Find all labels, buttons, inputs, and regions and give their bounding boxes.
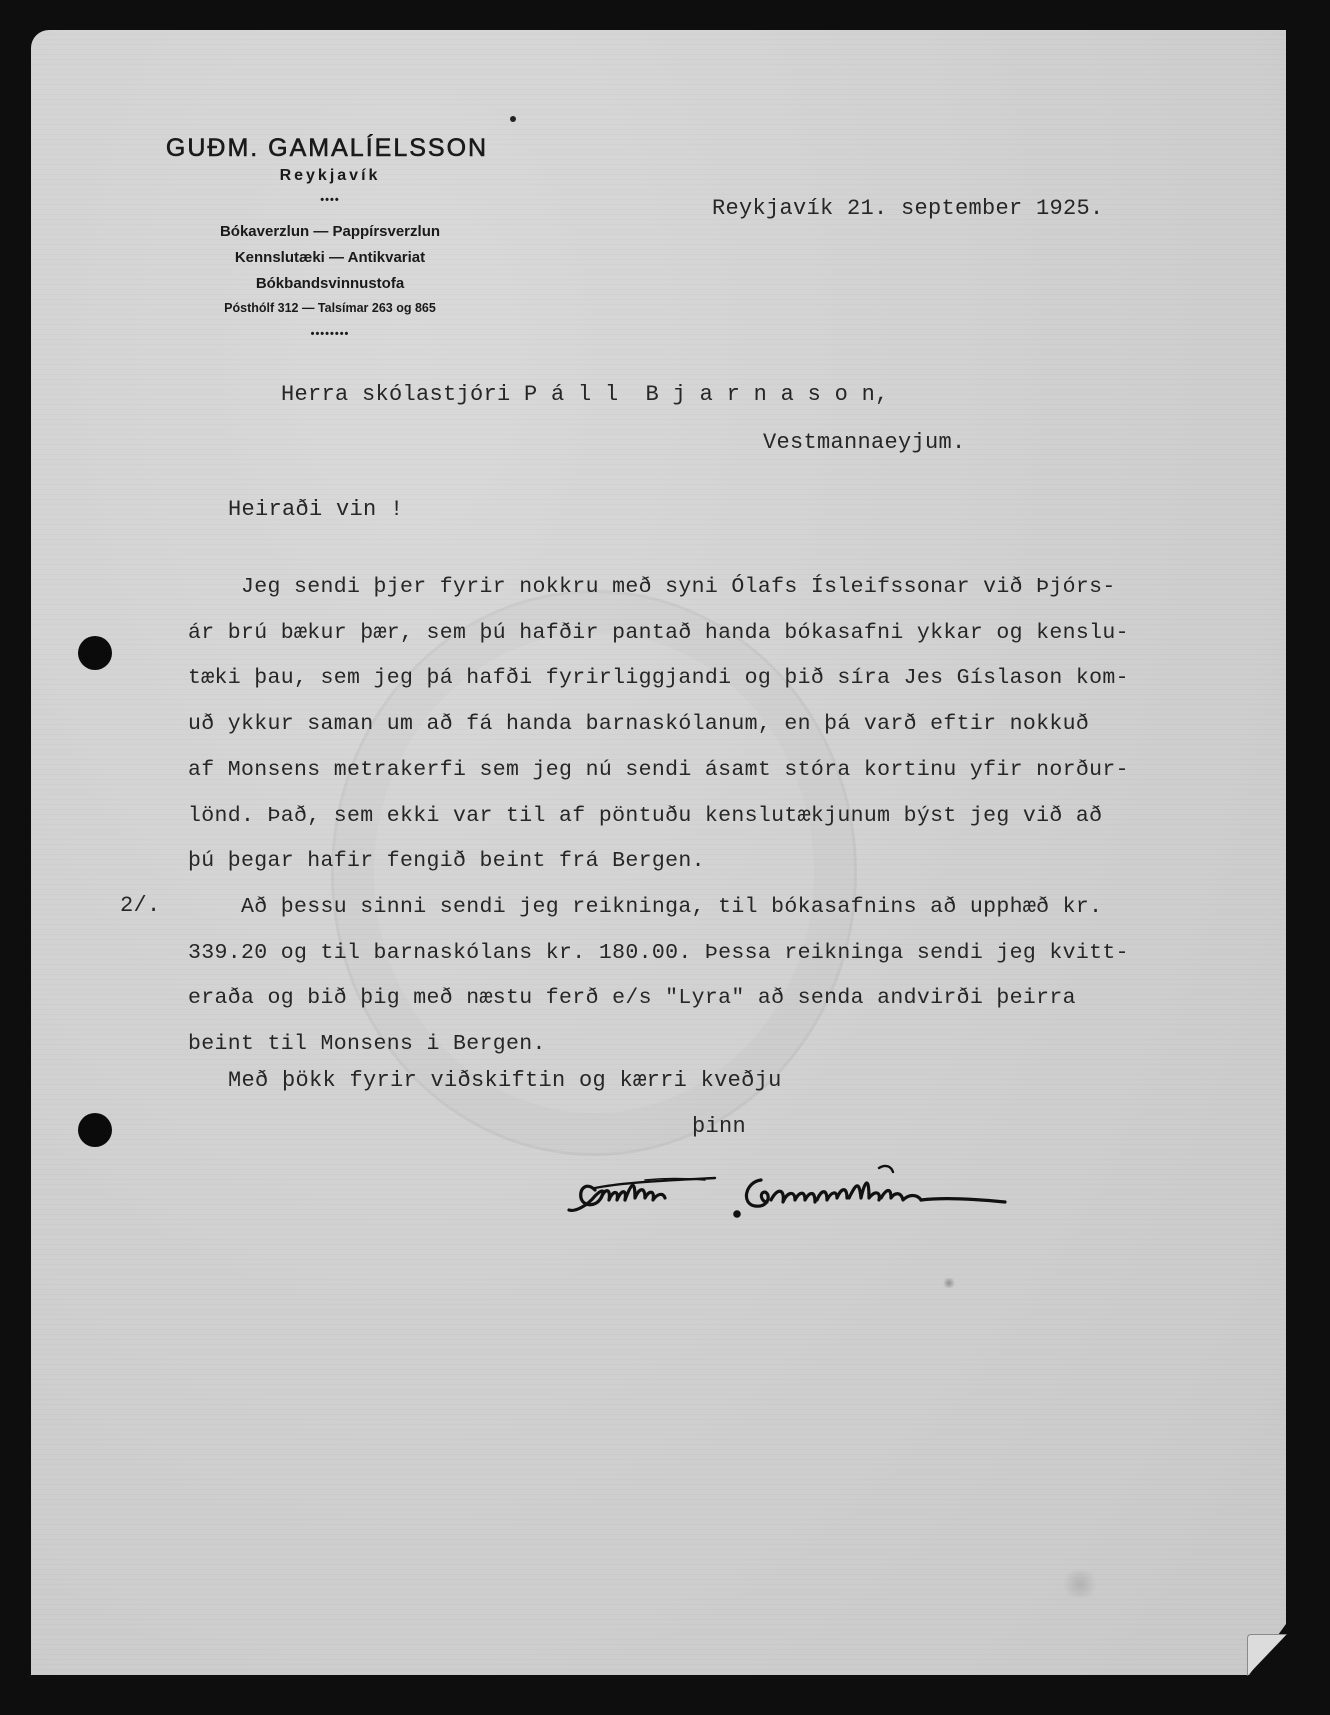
- body-line: af Monsens metrakerfi sem jeg nú sendi á…: [188, 748, 1129, 794]
- body-line: Að þessu sinni sendi jeg reikninga, til …: [188, 885, 1129, 931]
- handwritten-signature: [565, 1148, 1015, 1228]
- punch-hole-icon: [78, 636, 112, 670]
- body-line: beint til Monsens i Bergen.: [188, 1022, 1129, 1068]
- folded-corner: [1247, 1634, 1287, 1676]
- margin-annotation: 2/.: [120, 893, 161, 918]
- body-line: 339.20 og til barnaskólans kr. 180.00. Þ…: [188, 931, 1129, 977]
- letterhead: Guðm. Gamalíelsson Reykjavík •••• Bókave…: [130, 134, 530, 341]
- paper-mark: [942, 1278, 956, 1288]
- body-line: eraða og bið þig með næstu ferð e/s "Lyr…: [188, 976, 1129, 1022]
- letterhead-services: Bókaverzlun — Pappírsverzlun Kennslutæki…: [130, 219, 530, 319]
- letterhead-service-line: Bókbandsvinnustofa: [130, 271, 530, 297]
- punch-hole-icon: [78, 1113, 112, 1147]
- ink-dot: [510, 116, 516, 122]
- body-line: lönd. Það, sem ekki var til af pöntuðu k…: [188, 794, 1129, 840]
- salutation: Heiraði vin !: [228, 497, 404, 522]
- letterhead-service-line: Kennslutæki — Antikvariat: [130, 245, 530, 271]
- letterhead-dots-top: ••••: [130, 193, 530, 207]
- letterhead-name: Guðm. Gamalíelsson: [124, 134, 530, 163]
- recipient-place: Vestmannaeyjum.: [763, 430, 966, 455]
- body-line: Jeg sendi þjer fyrir nokkru með syni Óla…: [188, 565, 1129, 611]
- date-line: Reykjavík 21. september 1925.: [712, 196, 1104, 221]
- body-line: ár brú bækur þær, sem þú hafðir pantað h…: [188, 611, 1129, 657]
- letterhead-contact: Pósthólf 312 — Talsímar 263 og 865: [130, 297, 530, 319]
- letterhead-dots-bottom: ••••••••: [130, 327, 530, 341]
- signature-icon: [565, 1148, 1015, 1228]
- paper-smudge: [1060, 1570, 1100, 1598]
- recipient-name: Herra skólastjóri P á l l B j a r n a s …: [281, 382, 889, 407]
- letterhead-city: Reykjavík: [130, 167, 530, 185]
- valediction: þinn: [692, 1114, 746, 1139]
- closing-line: Með þökk fyrir viðskiftin og kærri kveðj…: [228, 1068, 782, 1093]
- body-line: þú þegar hafir fengið beint frá Bergen.: [188, 839, 1129, 885]
- body-line: tæki þau, sem jeg þá hafði fyrirliggjand…: [188, 656, 1129, 702]
- letterhead-service-line: Bókaverzlun — Pappírsverzlun: [130, 219, 530, 245]
- letter-body: Jeg sendi þjer fyrir nokkru með syni Óla…: [188, 565, 1129, 1068]
- body-line: uð ykkur saman um að fá handa barnaskóla…: [188, 702, 1129, 748]
